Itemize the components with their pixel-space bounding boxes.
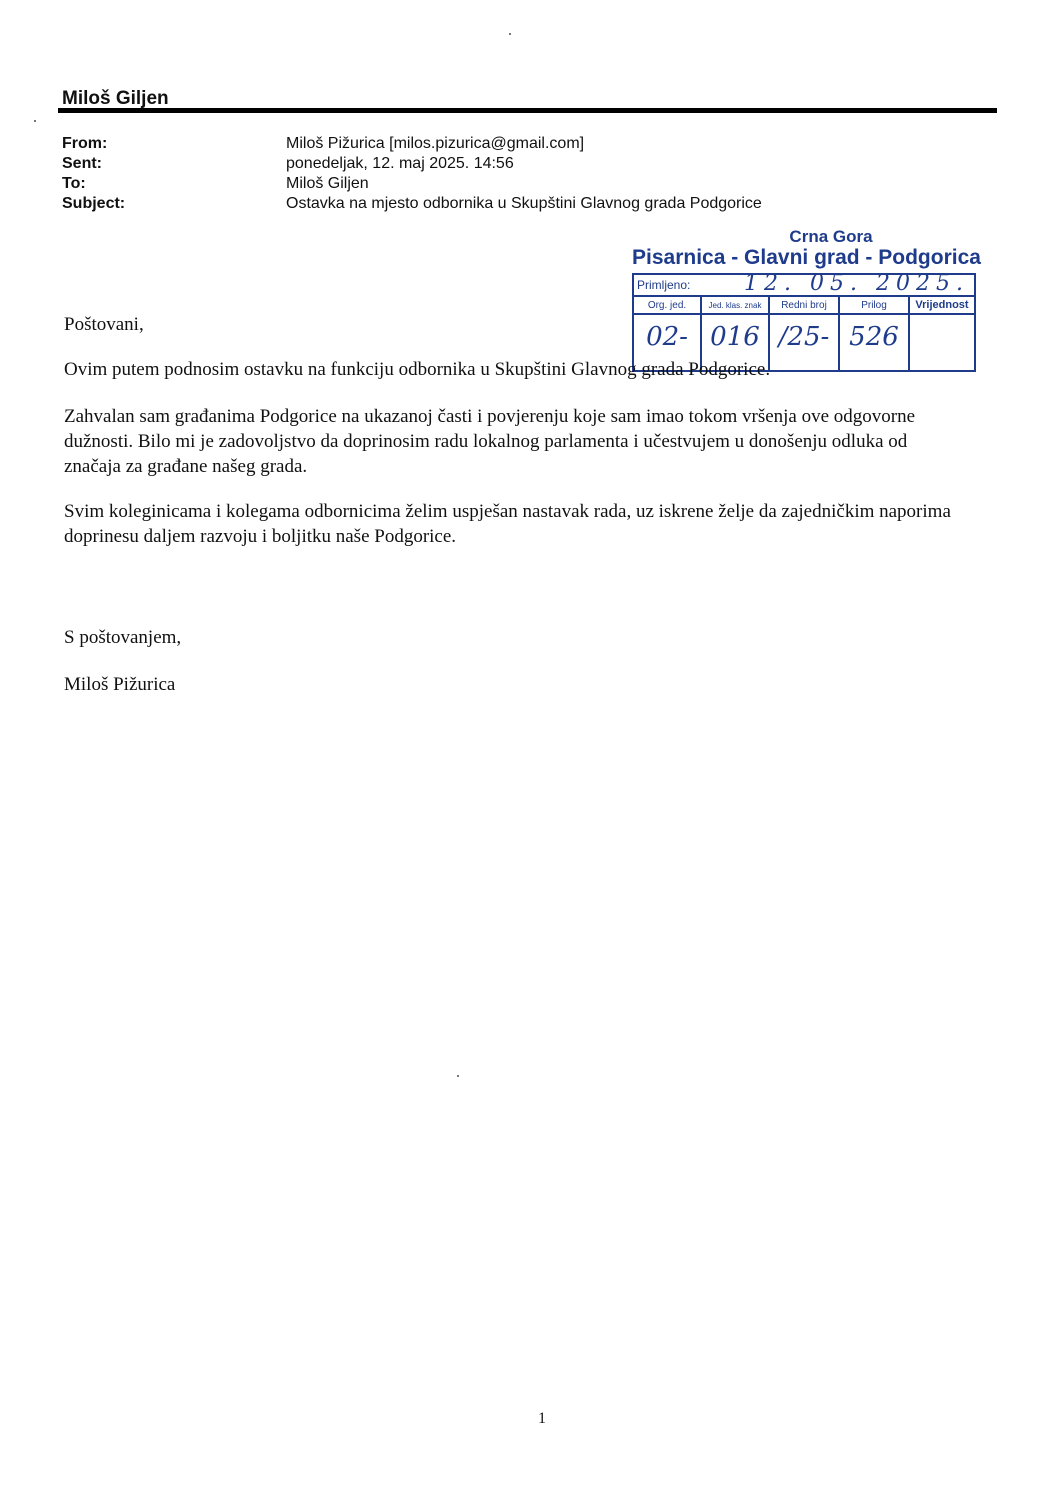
stamp-col-value-field: Vrijednost <box>910 297 974 370</box>
header-subject: Subject: Ostavka na mjesto odbornika u S… <box>62 194 762 214</box>
mailbox-owner-name: Miloš Giljen <box>62 88 169 110</box>
stamp-col-header: Redni broj <box>770 297 838 315</box>
stamp-col-header: Vrijednost <box>910 297 974 315</box>
scan-speck <box>509 33 511 35</box>
stamp-country: Crna Gora <box>622 228 978 246</box>
header-label: Subject: <box>62 194 286 214</box>
scan-speck <box>34 120 36 122</box>
header-label: To: <box>62 174 286 194</box>
letter-greeting: Poštovani, <box>64 312 144 337</box>
stamp-col-value: 016 <box>702 315 768 359</box>
stamp-col-header: Org. jed. <box>634 297 700 315</box>
header-label: Sent: <box>62 154 286 174</box>
letter-paragraph: Ovim putem podnosim ostavku na funkciju … <box>64 357 854 382</box>
header-value: ponedeljak, 12. maj 2025. 14:56 <box>286 154 514 174</box>
stamp-col-value: /25- <box>770 315 838 359</box>
header-label: From: <box>62 134 286 154</box>
header-value: Ostavka na mjesto odbornika u Skupštini … <box>286 194 762 214</box>
stamp-col-value: 02- <box>634 315 700 359</box>
registry-stamp: Crna Gora Pisarnica - Glavni grad - Podg… <box>622 228 978 270</box>
scan-speck <box>457 1075 459 1077</box>
letter-signature: Miloš Pižurica <box>64 672 175 697</box>
stamp-received-date: 12. 05. 2025. <box>744 271 969 296</box>
header-from: From: Miloš Pižurica [milos.pizurica@gma… <box>62 134 762 154</box>
header-to: To: Miloš Giljen <box>62 174 762 194</box>
email-headers: From: Miloš Pižurica [milos.pizurica@gma… <box>62 134 762 214</box>
header-rule <box>58 108 997 113</box>
header-value: Miloš Giljen <box>286 174 369 194</box>
stamp-office: Pisarnica - Glavni grad - Podgorica <box>632 246 978 270</box>
header-value: Miloš Pižurica [milos.pizurica@gmail.com… <box>286 134 584 154</box>
stamp-received-label: Primljeno: <box>637 278 690 292</box>
header-sent: Sent: ponedeljak, 12. maj 2025. 14:56 <box>62 154 762 174</box>
letter-paragraph: Svim koleginicama i kolegama odbornicima… <box>64 499 984 549</box>
stamp-received-row: Primljeno: 12. 05. 2025. <box>634 275 974 297</box>
letter-closing: S poštovanjem, <box>64 625 181 650</box>
page-number: 1 <box>538 1410 546 1428</box>
stamp-col-value: 526 <box>840 315 908 359</box>
stamp-col-header: Jed. klas. znak <box>702 297 768 315</box>
stamp-col-header: Prilog <box>840 297 908 315</box>
letter-paragraph: Zahvalan sam građanima Podgorice na ukaz… <box>64 404 964 479</box>
